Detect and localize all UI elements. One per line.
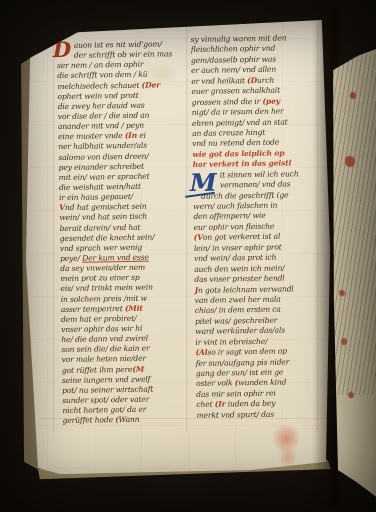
fore-edge-red-mark [348, 392, 354, 398]
text-column-right: M sy vinnalig waren mit denfleischlichen… [191, 33, 327, 421]
fore-edge-red-initial [345, 156, 355, 167]
red-initial-D: D [53, 37, 72, 62]
manuscript-line: merkt vnd spurt/ das [196, 409, 326, 421]
text-column-left: D auon ist es nit wid'gom/der schrifft o… [57, 39, 196, 426]
fore-edge-red-mark [350, 92, 356, 99]
fore-edge-text-texture [332, 55, 376, 395]
fore-edge-red-mark [339, 290, 345, 296]
manuscript-line: gerüffet hode (Wann [63, 414, 196, 426]
manuscript-photo: D auon ist es nit wid'gom/der schrifft o… [0, 0, 376, 512]
blue-initial-M: M [190, 168, 217, 197]
fore-edge-red-mark [341, 338, 347, 345]
